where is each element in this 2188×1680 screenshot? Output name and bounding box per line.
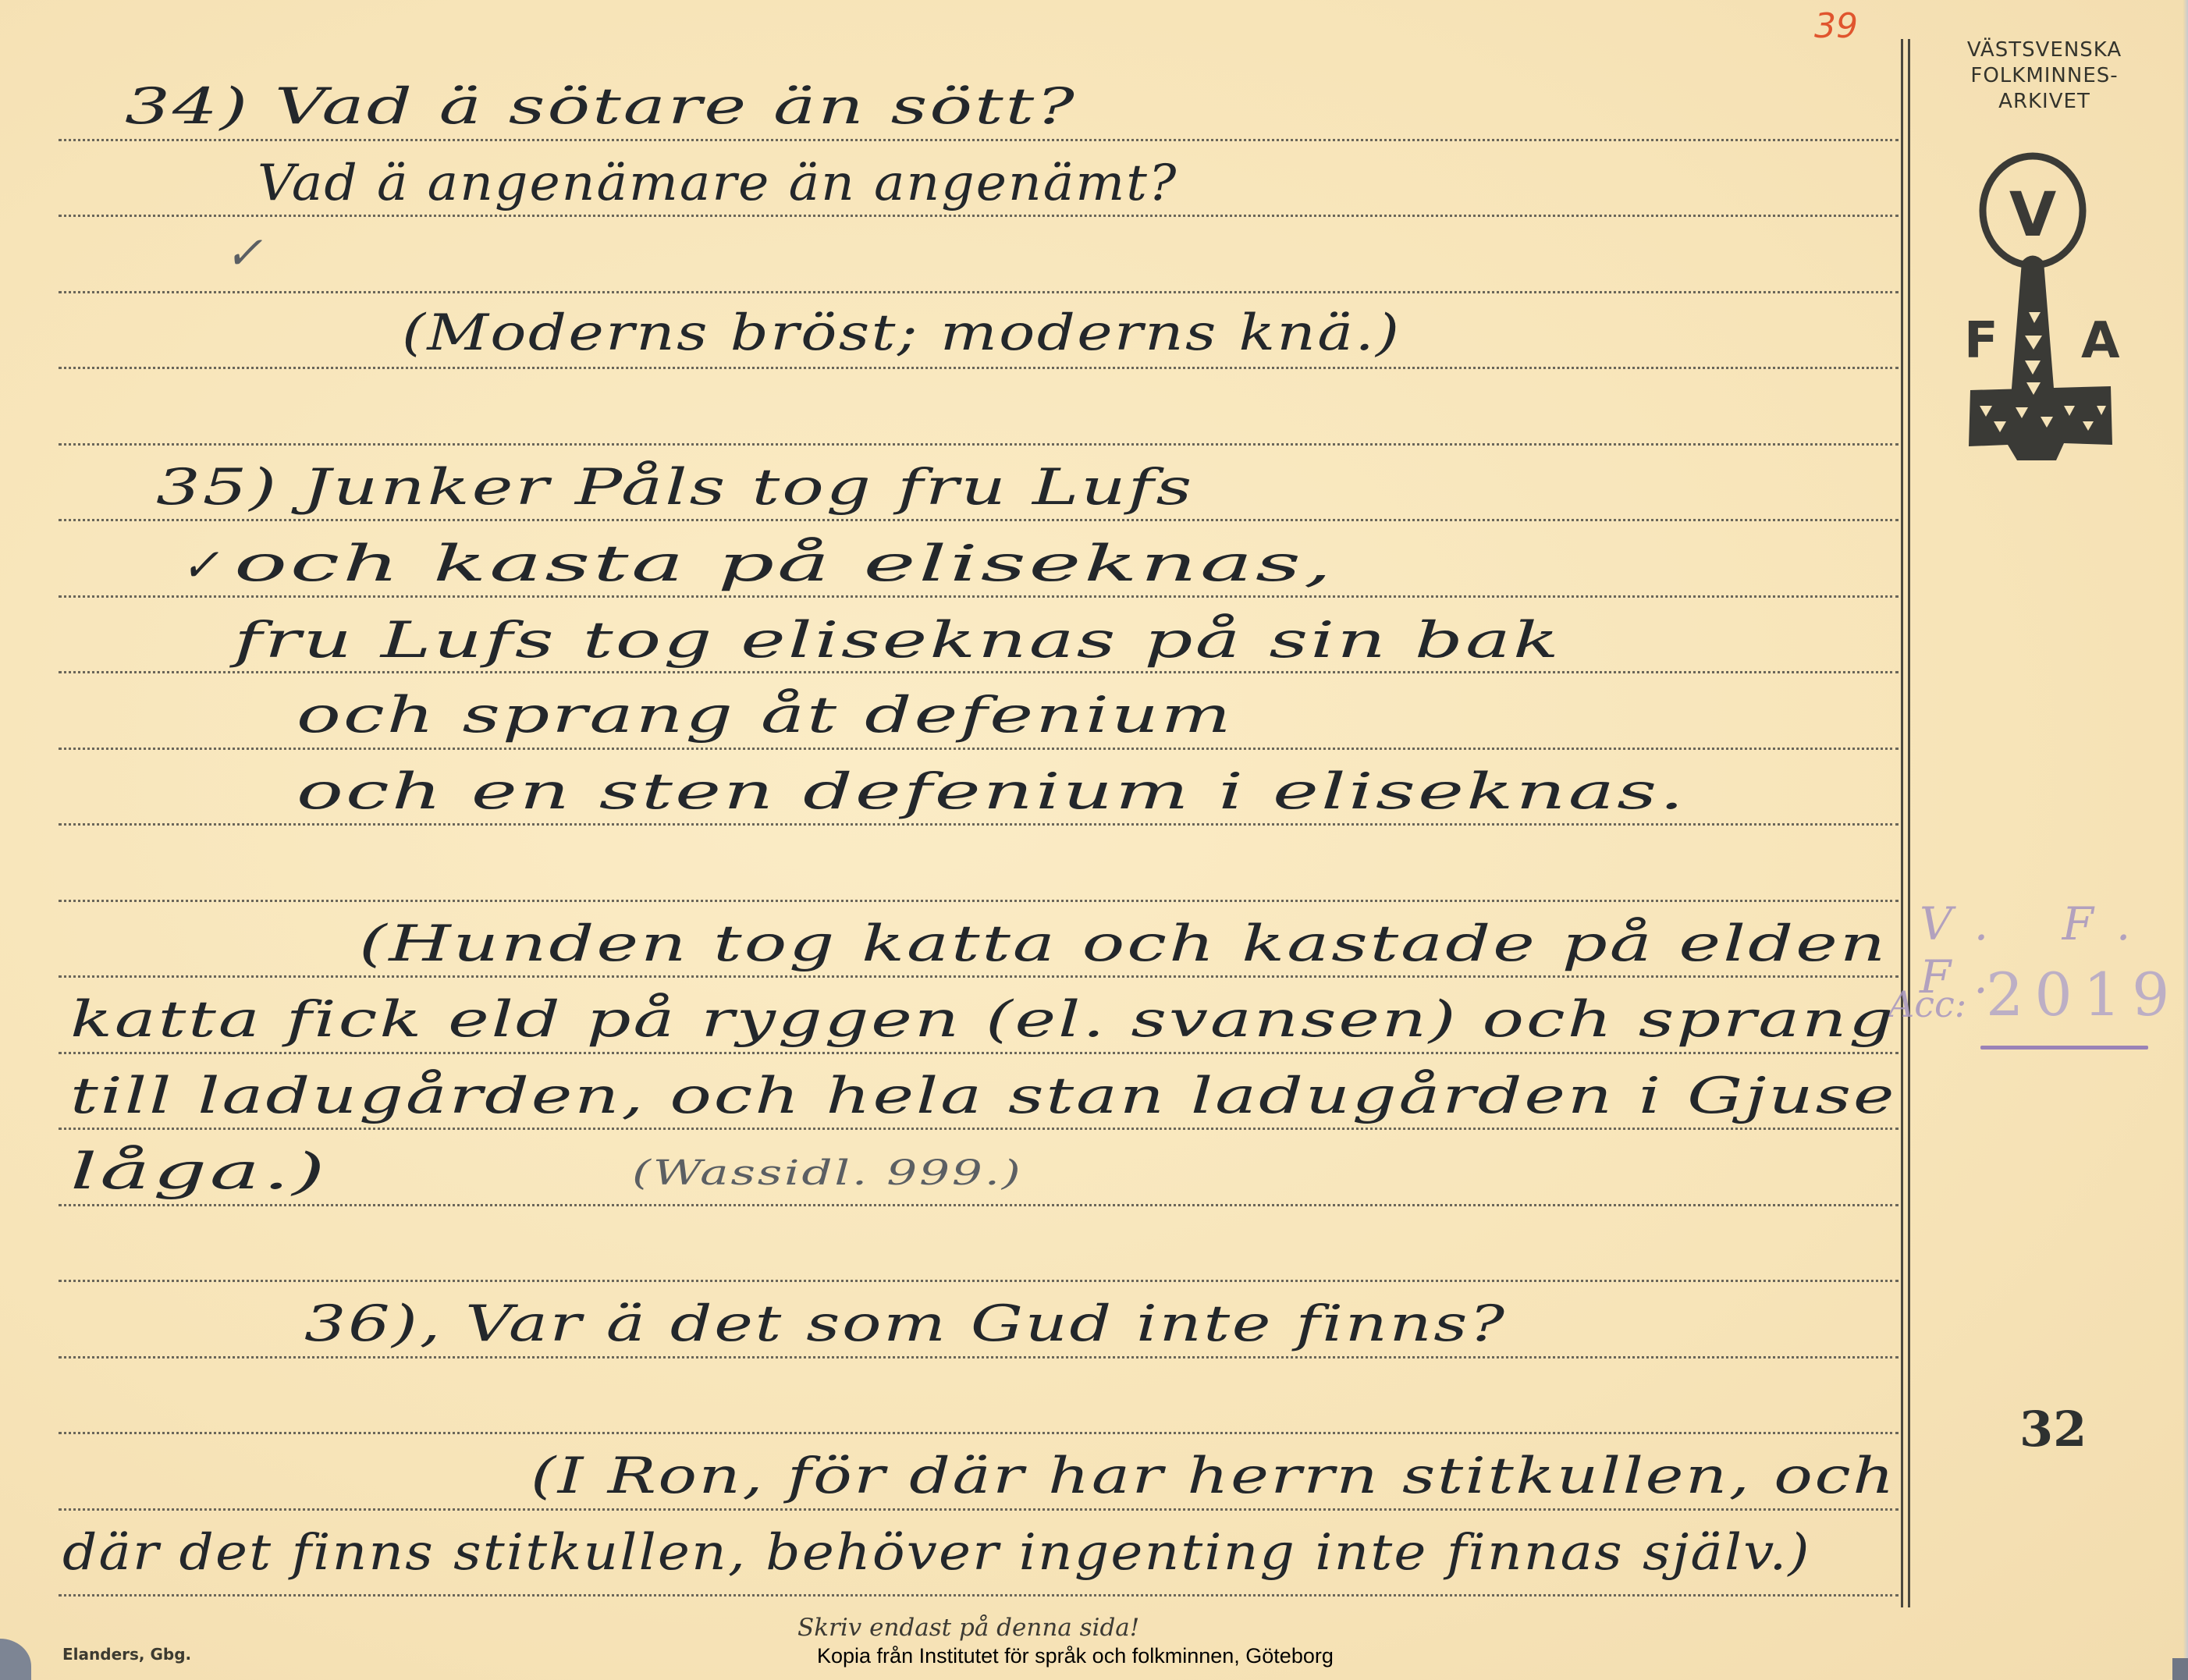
archive-card: 39 VÄSTSVENSKA FOLKMINNES- ARKIVET V F A… [0, 0, 2188, 1680]
entry-34-line-1: 34) Vad ä sötare än sött? [125, 78, 1077, 136]
entry-36-answer-2: där det finns stitkullen, behöver ingent… [62, 1524, 1811, 1582]
archive-header-line: FOLKMINNES- [1920, 63, 2169, 89]
check-mark-icon: ✓ [225, 226, 265, 279]
paper-edge [2183, 0, 2188, 1680]
entry-35-line-3: fru Lufs tog eliseknas på sin bak [234, 612, 1561, 670]
entry-35-answer-1: (Hunden tog katta och kastade på elden [359, 915, 1888, 973]
entry-35-line-2: och kasta på eliseknas, [234, 535, 1334, 593]
scan-background-corner [2172, 1658, 2188, 1680]
entry-35-line-4: och sprang åt defenium [297, 687, 1233, 744]
logo-letter-v: V [2009, 180, 2056, 250]
printer-imprint: Elanders, Gbg. [62, 1645, 191, 1664]
archive-header: VÄSTSVENSKA FOLKMINNES- ARKIVET [1920, 37, 2169, 115]
entry-36-line-1: 36), Var ä det som Gud inte finns? [304, 1295, 1507, 1353]
entry-34-answer: (Moderns bröst; moderns knä.) [402, 304, 1401, 362]
margin-line [1908, 39, 1910, 1607]
page-number: 32 [2019, 1401, 2087, 1458]
margin-line [1901, 39, 1903, 1607]
archive-header-line: ARKIVET [1920, 89, 2169, 115]
entry-36-answer-1: (I Ron, för där har herrn stitkullen, oc… [531, 1447, 1896, 1505]
entry-35-line-1: 35) Junker Påls tog fru Lufs [156, 459, 1194, 517]
entry-35-answer-4: låga.) [70, 1143, 328, 1201]
entry-35-answer-2: katta fick eld på ryggen (el. svansen) o… [70, 991, 1895, 1049]
stamp-underline [1980, 1046, 2148, 1050]
scan-background-corner [0, 1639, 31, 1680]
stamp-acc-label: Acc: [1888, 983, 1966, 1025]
folio-number: 39 [1814, 6, 1858, 46]
entry-35-answer-3: till ladugården, och hela stan ladugårde… [70, 1067, 1896, 1125]
archive-header-line: VÄSTSVENSKA [1920, 37, 2169, 63]
instruction-text: Skriv endast på denna sida! [797, 1614, 1139, 1642]
check-mark-icon: ✓ [181, 538, 221, 591]
entry-35-reference: (Wassidl. 999.) [632, 1153, 1023, 1193]
stamp-acc-number: 2019 [1986, 960, 2180, 1029]
entry-34-line-2: Vad ä angenämare än angenämt? [258, 155, 1177, 212]
logo-letter-f: F [1964, 312, 1998, 370]
copy-note: Kopia från Institutet för språk och folk… [817, 1644, 1334, 1668]
hammer-amulet-icon: V F A [1916, 148, 2173, 460]
entry-35-line-5: och en sten defenium i eliseknas. [297, 763, 1686, 821]
logo-letter-a: A [2081, 312, 2120, 370]
accession-stamp: V. F. F. 2019 Acc: [1888, 897, 2161, 1038]
